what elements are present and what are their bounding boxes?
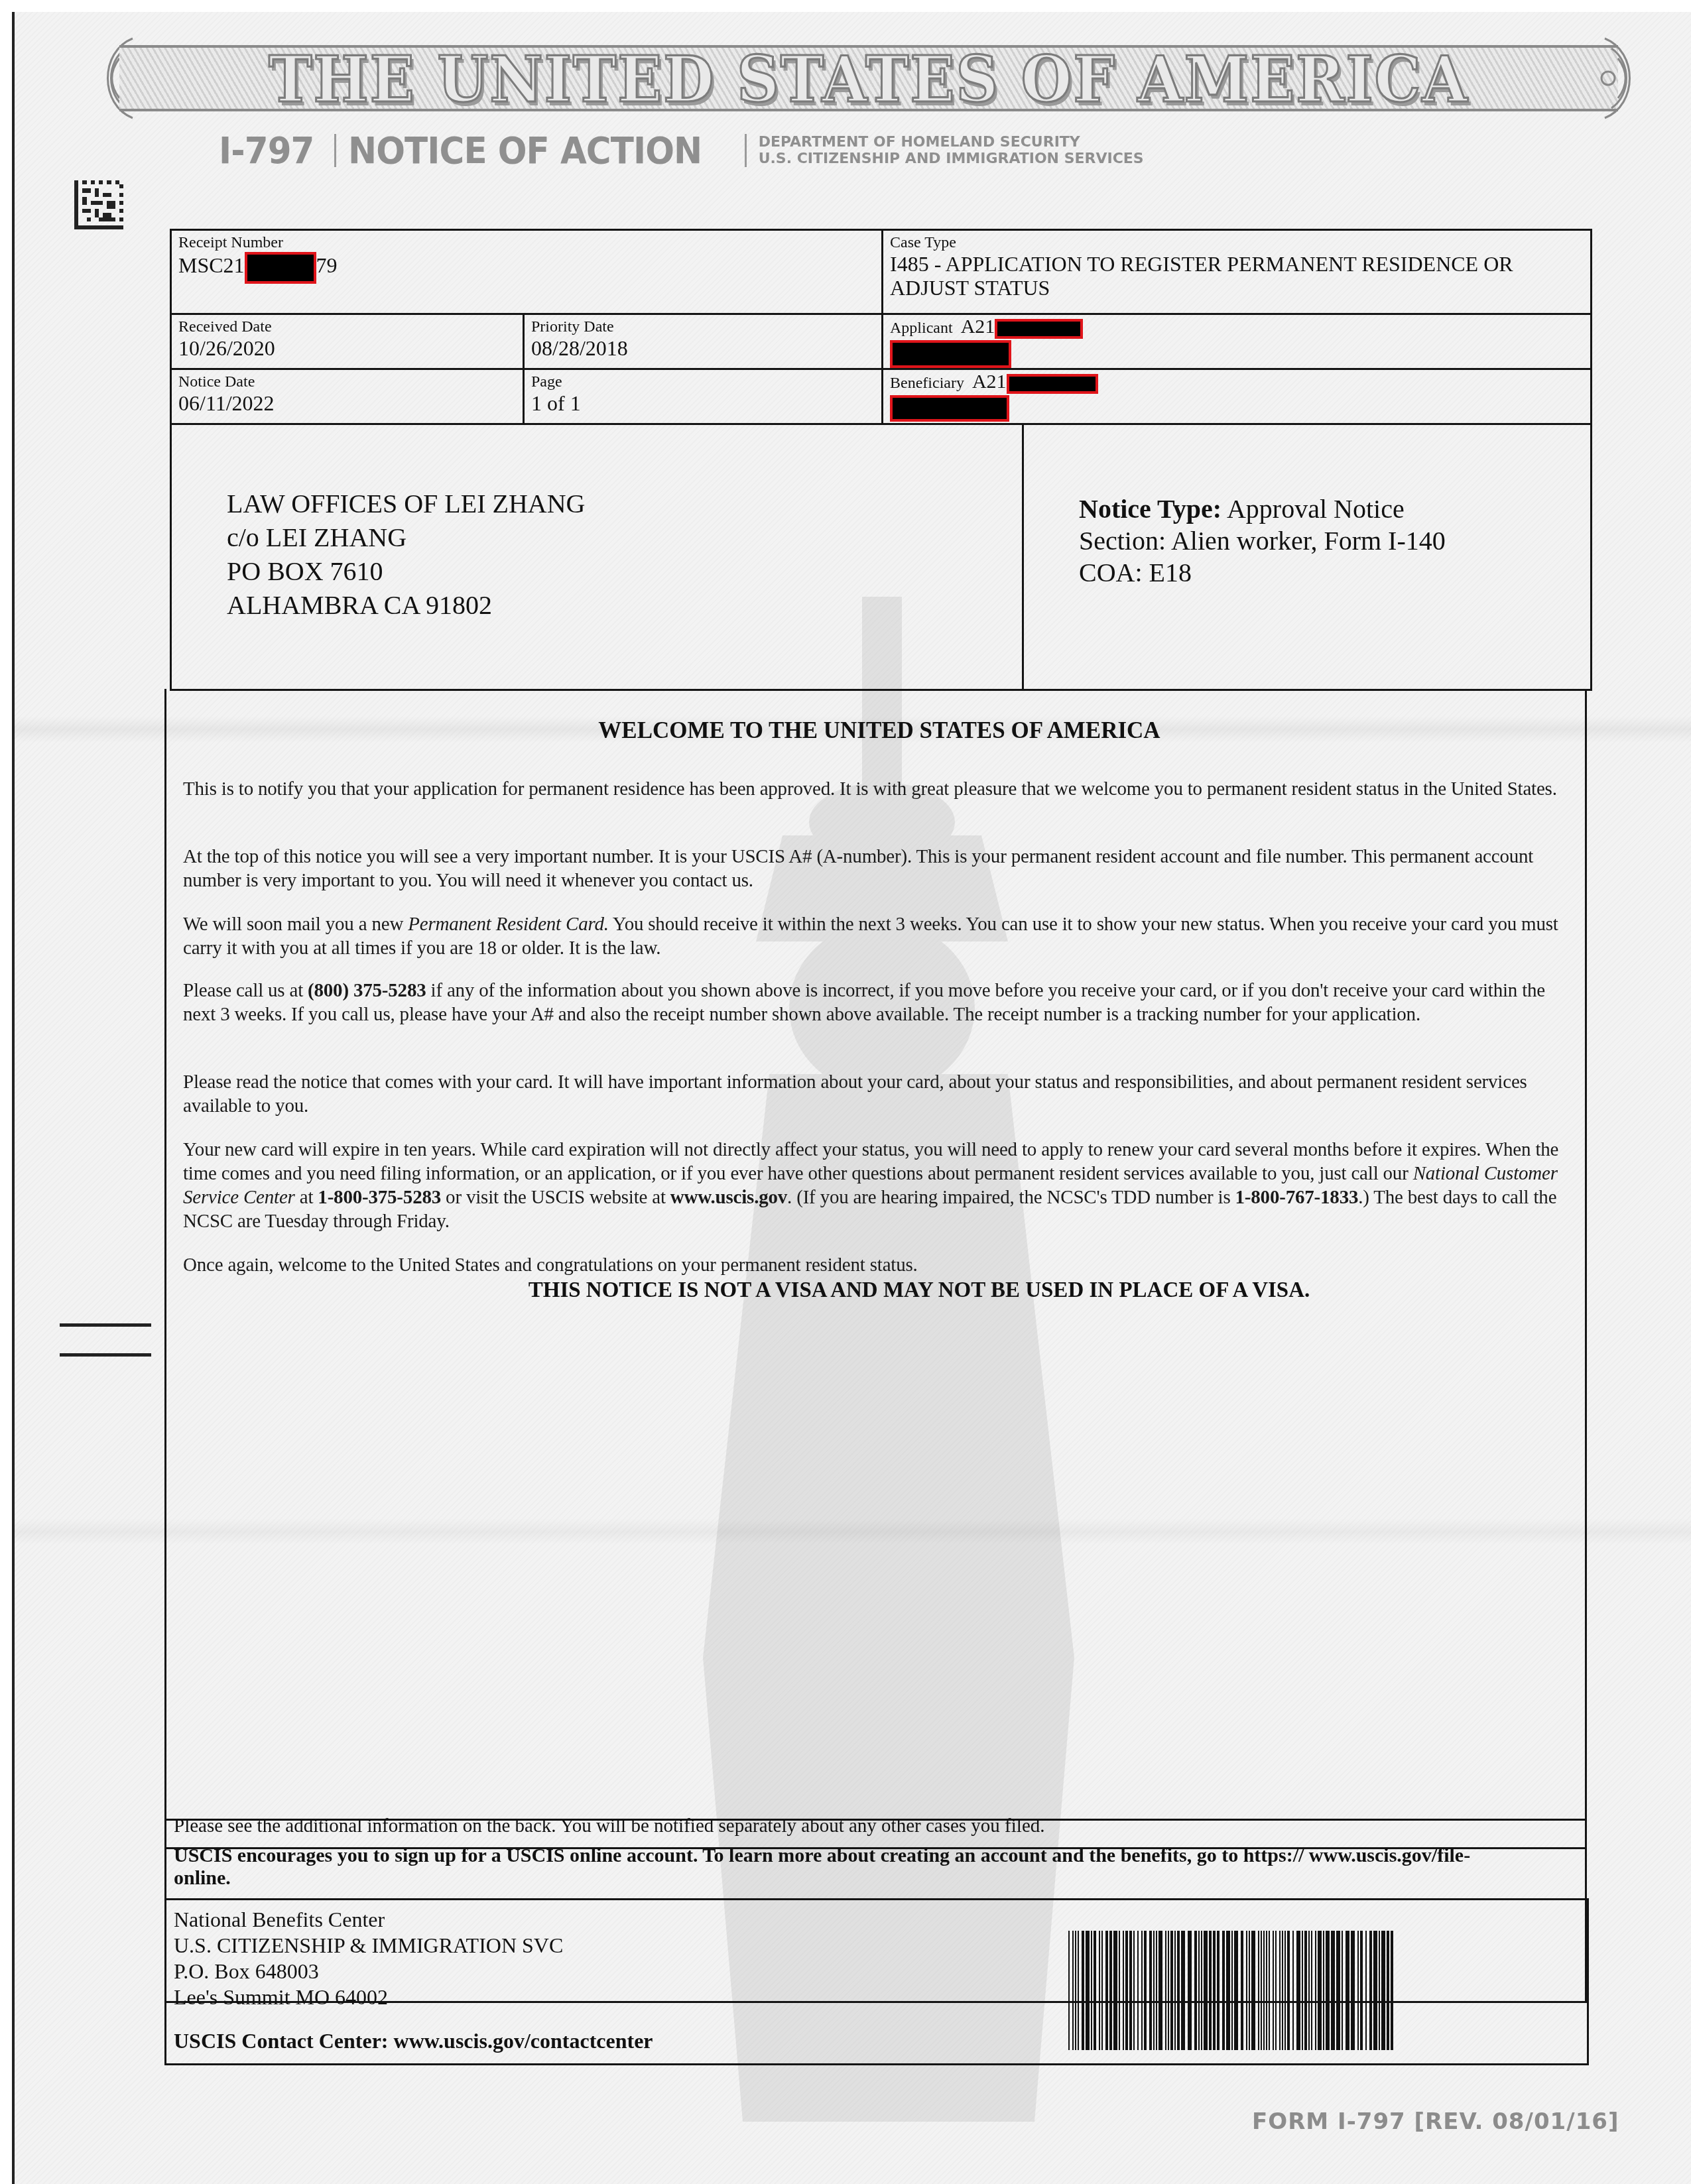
beneficiary-label: Beneficiary A21 — [890, 373, 1584, 394]
website-link: www.uscis.gov — [670, 1187, 787, 1208]
agency-line-1: DEPARTMENT OF HOMELAND SECURITY — [759, 134, 1080, 151]
case-type-cell: Case Type I485 - APPLICATION TO REGISTER… — [881, 229, 1592, 315]
received-date-label: Received Date — [178, 318, 516, 336]
page-cell: Page 1 of 1 — [523, 368, 883, 425]
fold-marks — [60, 1323, 151, 1383]
address-line: c/o LEI ZHANG — [227, 520, 586, 554]
notice-type-label: Notice Type: — [1079, 494, 1221, 524]
text: or visit the USCIS website at — [441, 1187, 670, 1208]
paragraph-call-us: Please call us at (800) 375-5283 if any … — [183, 979, 1569, 1026]
address-line: National Benefits Center — [174, 1907, 563, 1933]
divider — [334, 134, 336, 167]
redaction-box — [1007, 374, 1098, 394]
beneficiary-a-number-prefix: A21 — [972, 371, 1007, 393]
phone-number: (800) 375-5283 — [308, 980, 426, 1001]
text: Please call us at — [183, 980, 308, 1001]
phone-number: 1-800-375-5283 — [318, 1187, 441, 1208]
notice-section: Section: Alien worker, Form I-140 — [1079, 525, 1446, 557]
applicant-label: Applicant A21 — [890, 318, 1584, 339]
paragraph-card-expiry: Your new card will expire in ten years. … — [183, 1138, 1569, 1233]
notice-date-value: 06/11/2022 — [178, 391, 516, 415]
address-line: PO BOX 7610 — [227, 554, 586, 588]
paragraph-read-notice: Please read the notice that comes with y… — [183, 1070, 1569, 1118]
received-date-value: 10/26/2020 — [178, 336, 516, 360]
receipt-prefix: MSC21 — [178, 253, 245, 277]
priority-date-value: 08/28/2018 — [531, 336, 875, 360]
additional-info-text: Please see the additional information on… — [174, 1815, 1045, 1837]
agency-line-2: U.S. CITIZENSHIP AND IMMIGRATION SERVICE… — [759, 151, 1144, 167]
address-line: ALHAMBRA CA 91802 — [227, 588, 586, 622]
form-subheader: I-797 NOTICE OF ACTION DEPARTMENT OF HOM… — [219, 127, 1144, 174]
text: We will soon mail you a new — [183, 914, 408, 935]
banner-title: THE UNITED STATES OF AMERICA — [93, 45, 1645, 114]
form-name: NOTICE OF ACTION — [348, 129, 702, 172]
applicant-a-number-prefix: A21 — [961, 316, 995, 337]
contact-center: USCIS Contact Center: www.uscis.gov/cont… — [174, 2029, 653, 2053]
redaction-box — [245, 252, 316, 284]
receipt-number-value: MSC2179 — [178, 252, 875, 284]
notice-date-label: Notice Date — [178, 373, 516, 391]
priority-date-cell: Priority Date 08/28/2018 — [523, 313, 883, 370]
notice-coa: COA: E18 — [1079, 557, 1446, 589]
online-account-text: USCIS encourages you to sign up for a US… — [174, 1845, 1500, 1890]
receipt-number-cell: Receipt Number MSC2179 — [170, 229, 883, 315]
redaction-box — [890, 340, 1011, 368]
case-type-label: Case Type — [890, 233, 1584, 252]
service-center-address: National Benefits Center U.S. CITIZENSHI… — [174, 1907, 563, 2010]
permanent-resident-card-term: Permanent Resident Card. — [408, 914, 609, 935]
header-banner: THE UNITED STATES OF AMERICA — [93, 32, 1645, 125]
beneficiary-cell: Beneficiary A21 — [881, 368, 1592, 425]
received-date-cell: Received Date 10/26/2020 — [170, 313, 525, 370]
text: Your new card will expire in ten years. … — [183, 1139, 1558, 1184]
notice-type-value: Approval Notice — [1227, 494, 1405, 524]
paragraph-approval: This is to notify you that your applicat… — [183, 777, 1569, 801]
notice-info: Notice Type: Approval Notice Section: Al… — [1079, 493, 1446, 589]
ornament-icon — [1598, 32, 1645, 125]
divider — [745, 134, 747, 167]
redaction-box — [995, 319, 1083, 339]
tdd-number: 1-800-767-1833 — [1235, 1187, 1359, 1208]
redaction-box — [890, 395, 1009, 422]
welcome-heading: WELCOME TO THE UNITED STATES OF AMERICA — [170, 717, 1589, 744]
receipt-number-label: Receipt Number — [178, 233, 875, 252]
address-line: P.O. Box 648003 — [174, 1959, 563, 1984]
paragraph-a-number: At the top of this notice you will see a… — [183, 845, 1569, 892]
paragraph-closing: Once again, welcome to the United States… — [183, 1253, 1569, 1277]
barcode-icon — [1068, 1931, 1393, 2050]
fold-mark — [60, 1353, 151, 1357]
text: at — [295, 1187, 318, 1208]
notice-date-cell: Notice Date 06/11/2022 — [170, 368, 525, 425]
page-label: Page — [531, 373, 875, 391]
datamatrix-code-icon — [74, 180, 123, 229]
paragraph-green-card: We will soon mail you a new Permanent Re… — [183, 912, 1576, 960]
address-line: U.S. CITIZENSHIP & IMMIGRATION SVC — [174, 1933, 563, 1959]
page-value: 1 of 1 — [531, 391, 875, 415]
notice-type: Notice Type: Approval Notice — [1079, 493, 1446, 525]
applicant-cell: Applicant A21 — [881, 313, 1592, 370]
beneficiary-label-text: Beneficiary — [890, 375, 964, 392]
agency-name: DEPARTMENT OF HOMELAND SECURITY U.S. CIT… — [759, 134, 1144, 167]
case-type-value: I485 - APPLICATION TO REGISTER PERMANENT… — [890, 252, 1584, 300]
text: . (If you are hearing impaired, the NCSC… — [787, 1187, 1235, 1208]
visa-warning: THIS NOTICE IS NOT A VISA AND MAY NOT BE… — [210, 1278, 1629, 1303]
address-line: Lee's Summit MO 64002 — [174, 1984, 563, 2010]
applicant-label-text: Applicant — [890, 320, 953, 337]
priority-date-label: Priority Date — [531, 318, 875, 336]
address-line: LAW OFFICES OF LEI ZHANG — [227, 487, 586, 520]
form-number: I-797 — [219, 129, 314, 172]
form-revision: FORM I-797 [REV. 08/01/16] — [1252, 2108, 1619, 2135]
fold-mark — [60, 1323, 151, 1327]
receipt-suffix: 79 — [316, 253, 338, 277]
mailing-address: LAW OFFICES OF LEI ZHANG c/o LEI ZHANG P… — [227, 487, 586, 622]
